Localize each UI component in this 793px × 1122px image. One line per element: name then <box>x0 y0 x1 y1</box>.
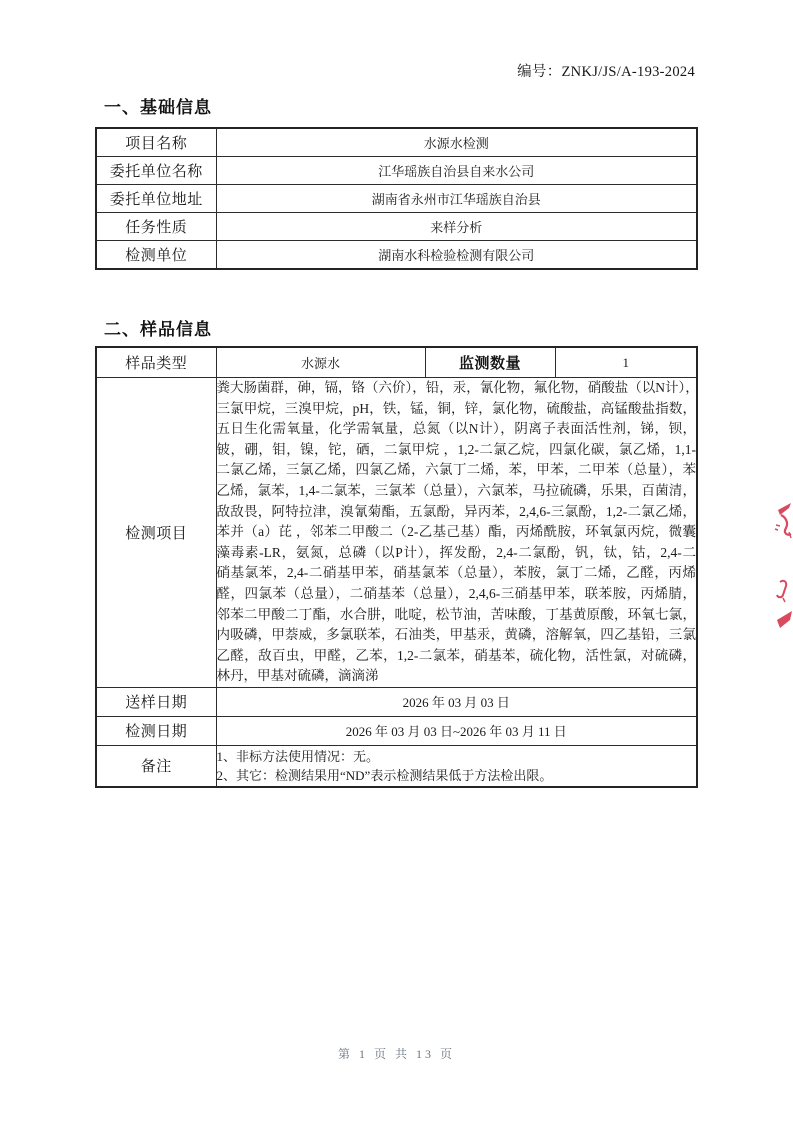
table-row: 备注 1、非标方法使用情况：无。 2、其它：检测结果用“ND”表示检测结果低于方… <box>96 745 697 787</box>
detection-line: 苯并（a）芘 ，邻苯二甲酸二（2-乙基己基）酯，丙烯酰胺，环氧氯丙烷，微囊 <box>217 522 697 543</box>
monitor-count-label: 监测数量 <box>425 347 555 378</box>
row-value: 湖南水科检验检测有限公司 <box>216 241 697 270</box>
section1-title: 一、基础信息 <box>104 93 212 118</box>
doc-number: 编号：ZNKJ/JS/A-193-2024 <box>517 60 695 81</box>
row-label: 委托单位名称 <box>96 157 216 185</box>
detection-line: 林丹，甲基对硫磷，滴滴涕 <box>217 666 697 687</box>
remark-cell: 1、非标方法使用情况：无。 2、其它：检测结果用“ND”表示检测结果低于方法检出… <box>216 745 697 787</box>
detection-line: 五日生化需氧量，化学需氧量，总氮（以N计），阴离子表面活性剂，锑，钡， <box>217 419 697 440</box>
monitor-count-value: 1 <box>555 347 697 378</box>
row-label: 送样日期 <box>96 687 216 716</box>
sample-type-label: 样品类型 <box>96 347 216 378</box>
detection-line: 乙醛，敌百虫，甲醛，乙苯，1,2-二氯苯，硝基苯，硫化物，活性氯，对硫磷， <box>217 646 697 667</box>
row-value: 2026 年 03 月 03 日 <box>216 687 697 716</box>
row-label: 检测日期 <box>96 716 216 745</box>
detection-line: 粪大肠菌群，砷，镉，铬（六价），铅，汞，氰化物，氟化物，硝酸盐（以N计）， <box>217 378 697 399</box>
detection-line: 二氯乙烯，三氯乙烯，四氯乙烯，六氯丁二烯，苯，甲苯，二甲苯（总量），苯 <box>217 460 697 481</box>
detection-line: 邻苯二甲酸二丁酯，水合肼，吡啶，松节油，苦味酸，丁基黄原酸，环氧七氯， <box>217 605 697 626</box>
basic-info-table: 项目名称 水源水检测 委托单位名称 江华瑶族自治县自来水公司 委托单位地址 湖南… <box>95 127 698 270</box>
table-row: 检测日期 2026 年 03 月 03 日~2026 年 03 月 11 日 <box>96 716 697 745</box>
table-row: 送样日期 2026 年 03 月 03 日 <box>96 687 697 716</box>
detection-line: 硝基氯苯，2,4-二硝基甲苯，硝基氯苯（总量），苯胺，氯丁二烯，乙醛，丙烯 <box>217 563 697 584</box>
row-value: 来样分析 <box>216 213 697 241</box>
detection-line: 醛，四氯苯（总量），二硝基苯（总量），2,4,6-三硝基甲苯，联苯胺，丙烯腈， <box>217 584 697 605</box>
section2-title: 二、样品信息 <box>104 315 212 340</box>
row-label: 项目名称 <box>96 128 216 157</box>
detection-line: 藻毒素-LR，氨氮，总磷（以P计），挥发酚，2,4-二氯酚，钒，钛，钴，2,4-… <box>217 543 697 564</box>
detection-line: 乙烯，氯苯，1,4-二氯苯，三氯苯（总量），六氯苯，马拉硫磷，乐果，百菌清， <box>217 481 697 502</box>
row-label: 委托单位地址 <box>96 185 216 213</box>
sample-type-value: 水源水 <box>216 347 425 378</box>
row-label: 任务性质 <box>96 213 216 241</box>
remark-line: 2、其它：检测结果用“ND”表示检测结果低于方法检出限。 <box>217 766 697 785</box>
detection-line: 铍，硼，钼，镍，铊，硒，二氯甲烷 ，1,2-二氯乙烷，四氯化碳，氯乙烯，1,1- <box>217 440 697 461</box>
remark-line: 1、非标方法使用情况：无。 <box>217 747 697 766</box>
table-row: 样品类型 水源水 监测数量 1 <box>96 347 697 378</box>
table-row: 项目名称 水源水检测 <box>96 128 697 157</box>
report-page: 编号：ZNKJ/JS/A-193-2024 一、基础信息 项目名称 水源水检测 … <box>0 0 793 1122</box>
detection-items-cell: 粪大肠菌群，砷，镉，铬（六价），铅，汞，氰化物，氟化物，硝酸盐（以N计）， 三氯… <box>216 378 697 688</box>
row-value: 水源水检测 <box>216 128 697 157</box>
detection-line: 敌敌畏，阿特拉津，溴氰菊酯，五氯酚，异丙苯，2,4,6-三氯酚，1,2-二氯乙烯… <box>217 502 697 523</box>
table-row: 任务性质 来样分析 <box>96 213 697 241</box>
table-row: 委托单位名称 江华瑶族自治县自来水公司 <box>96 157 697 185</box>
row-value: 江华瑶族自治县自来水公司 <box>216 157 697 185</box>
table-row: 检测单位 湖南水科检验检测有限公司 <box>96 241 697 270</box>
detection-line: 内吸磷，甲萘威，多氯联苯，石油类，甲基汞，黄磷，溶解氧，四乙基铅，三氯 <box>217 625 697 646</box>
detection-line: 三氯甲烷，三溴甲烷，pH，铁，锰，铜，锌，氯化物，硫酸盐，高锰酸盐指数， <box>217 399 697 420</box>
row-value: 2026 年 03 月 03 日~2026 年 03 月 11 日 <box>216 716 697 745</box>
row-value: 湖南省永州市江华瑶族自治县 <box>216 185 697 213</box>
red-stamp-fragment <box>768 498 793 658</box>
detection-items-label: 检测项目 <box>96 378 216 688</box>
sample-info-table: 样品类型 水源水 监测数量 1 检测项目 粪大肠菌群，砷，镉，铬（六价），铅，汞… <box>95 346 698 788</box>
remark-label: 备注 <box>96 745 216 787</box>
table-row: 检测项目 粪大肠菌群，砷，镉，铬（六价），铅，汞，氰化物，氟化物，硝酸盐（以N计… <box>96 378 697 688</box>
table-row: 委托单位地址 湖南省永州市江华瑶族自治县 <box>96 185 697 213</box>
row-label: 检测单位 <box>96 241 216 270</box>
page-indicator: 第 1 页 共 13 页 <box>0 1045 793 1062</box>
